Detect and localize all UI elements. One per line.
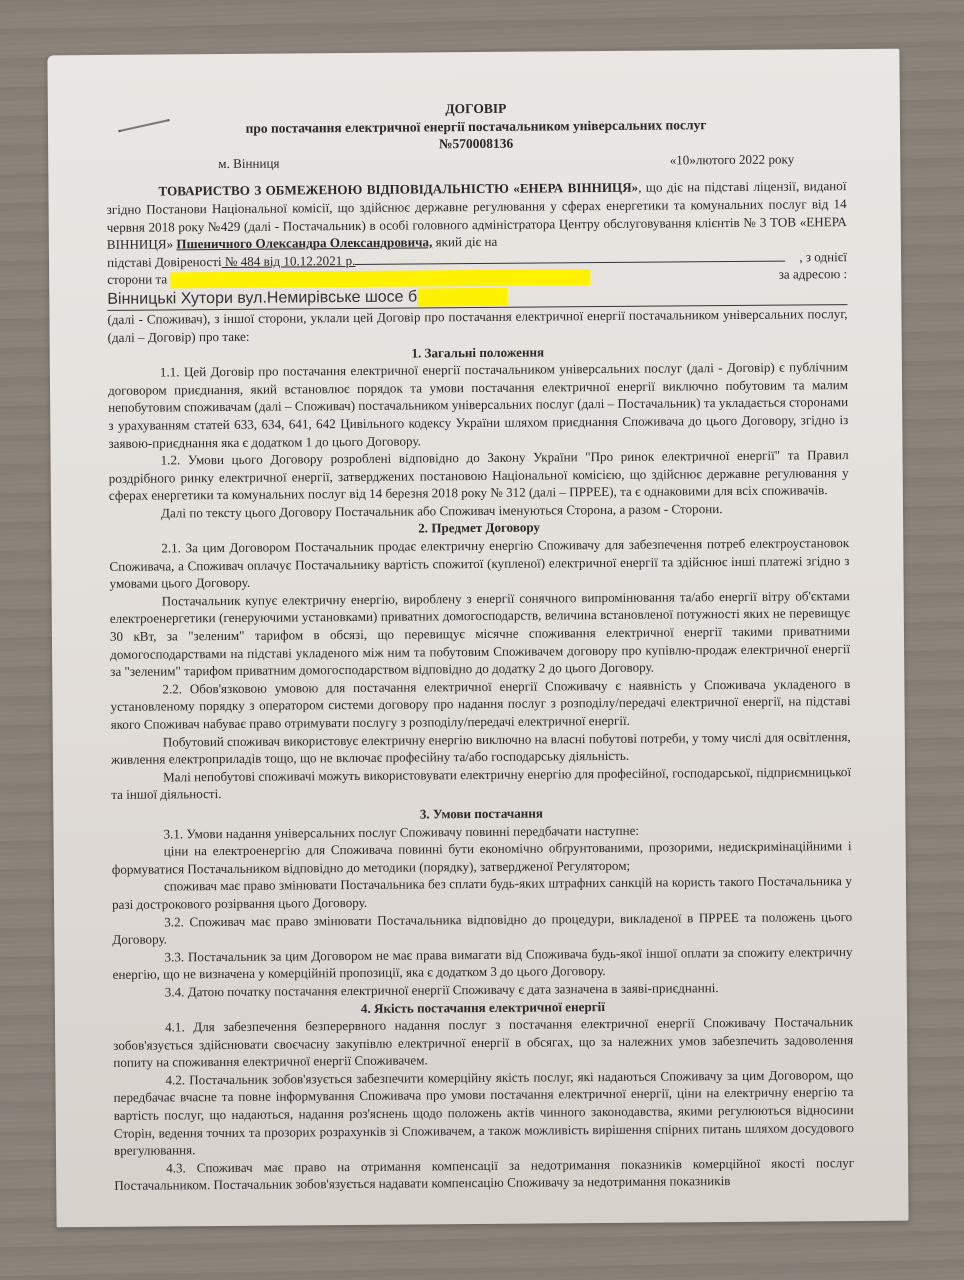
- representative-name: Пшеничного Олександра Олександровича,: [176, 235, 432, 252]
- contract-date: «10»лютого 2022 року: [670, 150, 795, 169]
- paragraph: 3.2. Споживач має право змінювати Постач…: [112, 908, 852, 949]
- document-content: ДОГОВІР про постачання електричної енерг…: [106, 97, 855, 1195]
- city: м. Вінниця: [218, 154, 279, 172]
- company-name: ТОВАРИСТВО З ОБМЕЖЕНОЮ ВІДПОВІДАЛЬНІСТЮ …: [158, 180, 638, 199]
- document-page: ДОГОВІР про постачання електричної енерг…: [47, 49, 908, 1228]
- paragraph: 2.1. За цим Договором Постачальник прода…: [109, 534, 849, 593]
- intro-paragraph: ТОВАРИСТВО З ОБМЕЖЕНОЮ ВІДПОВІДАЛЬНІСТЮ …: [106, 177, 847, 253]
- paragraph: Малі непобутові споживачі можуть викорис…: [111, 763, 851, 804]
- consumer-address: Вінницькі Хутори вул.Немирівське шосе б: [107, 289, 417, 308]
- paragraph: 4.1. Для забезпечення безперервного нада…: [113, 1013, 853, 1072]
- paragraph: 1.2. Умови цього Договору розроблені від…: [109, 446, 849, 505]
- power-of-attorney: № 484 від 10.12.2021 р.: [222, 253, 356, 269]
- paragraph: споживач має право змінювати Постачальни…: [112, 872, 852, 913]
- paragraph: 3.3. Постачальник за цим Договором не ма…: [112, 943, 852, 984]
- intro-closing: (далі - Споживач), з іншої сторони, укла…: [107, 305, 847, 346]
- paragraph: 2.2. Обов'язковою умовою для постачання …: [110, 675, 850, 734]
- redacted-consumer-name: [170, 269, 590, 288]
- redacted-address-number: [417, 288, 507, 307]
- paragraph: 1.1. Цей Договір про постачання електрич…: [108, 358, 849, 452]
- paragraph: ціни на електроенергію для Споживача пов…: [112, 837, 852, 878]
- paragraph: 4.3. Споживач має право на отримання ком…: [114, 1154, 854, 1195]
- paragraph: 4.2. Постачальник зобов'язується забезпе…: [113, 1066, 854, 1160]
- paragraph: Постачальник купує електричну енергію, в…: [110, 587, 851, 681]
- paragraph: Побутовий споживач використовує електрич…: [111, 728, 851, 769]
